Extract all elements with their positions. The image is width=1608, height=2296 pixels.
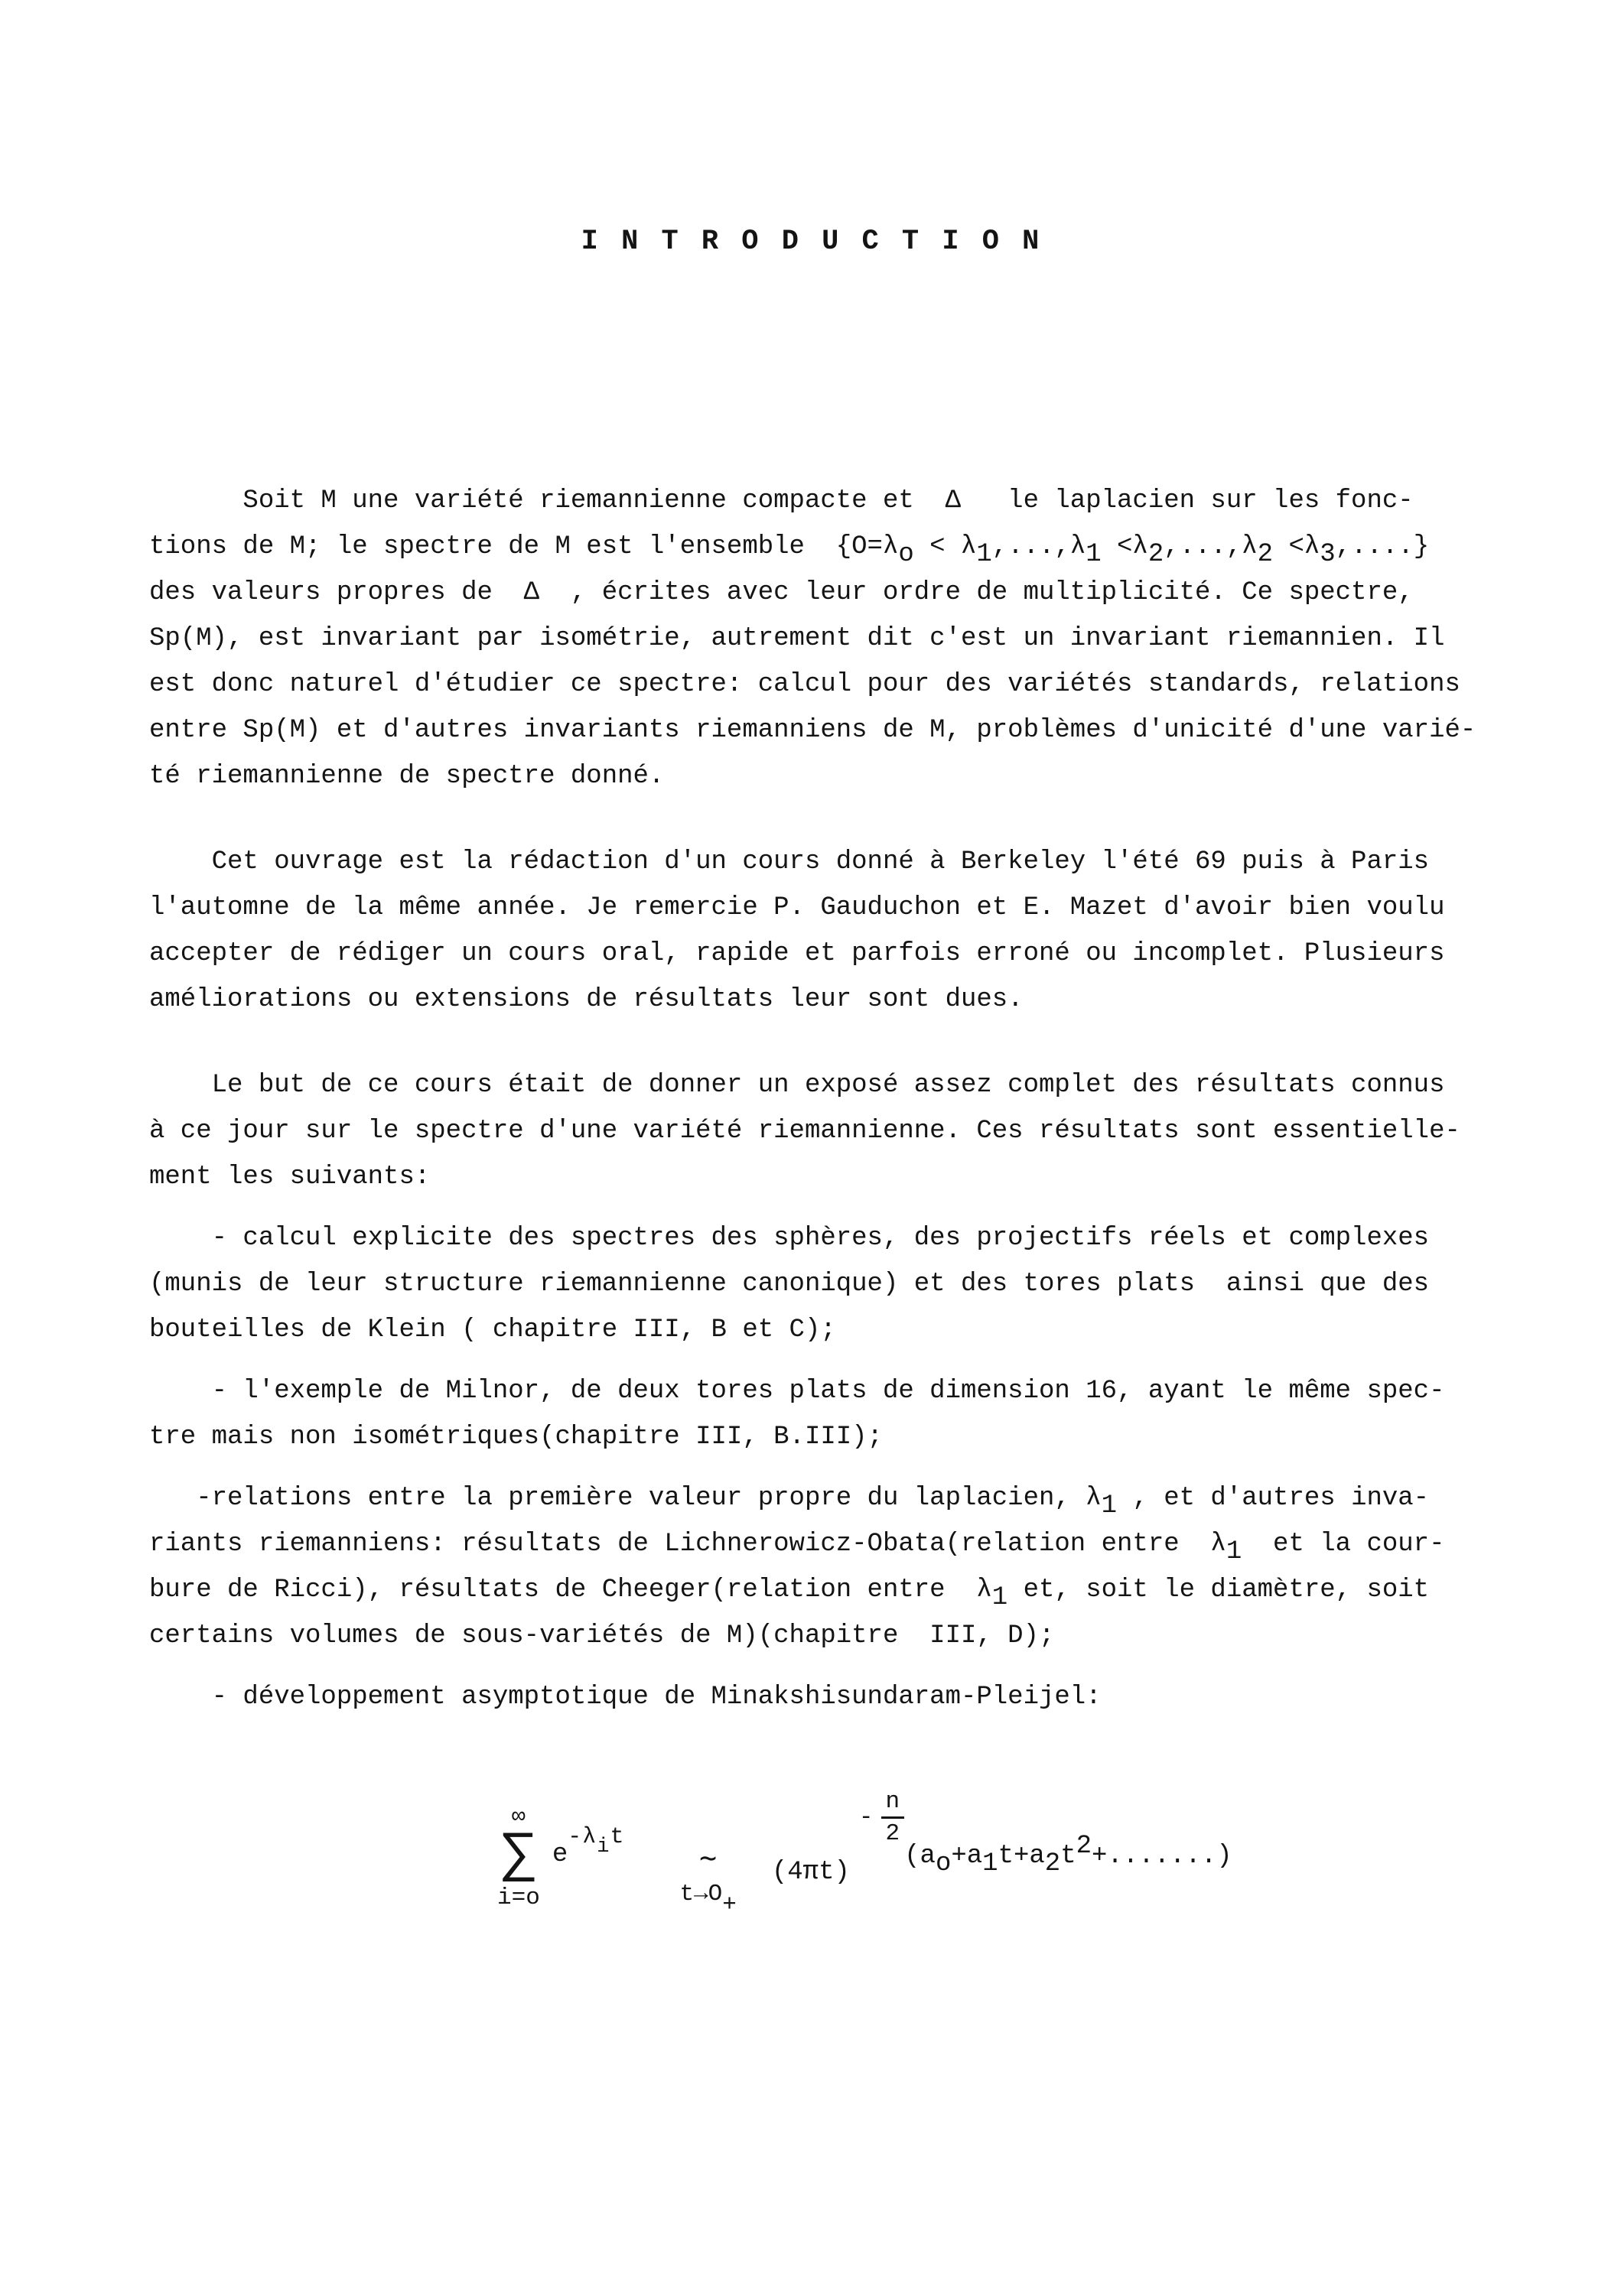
- text-line: Cet ouvrage est la rédaction d'un cours …: [149, 839, 1474, 885]
- text-line: accepter de rédiger un cours oral, rapid…: [149, 931, 1474, 977]
- sum-lower-limit: i=o: [497, 1886, 540, 1910]
- text-line: bouteilles de Klein ( chapitre III, B et…: [149, 1307, 1474, 1353]
- asymptotic-equivalence: ∼ t→O+: [679, 1849, 736, 1905]
- text-line: Soit M une variété riemannienne compacte…: [149, 478, 1474, 524]
- text-line-spectrum-set: tions de M; le spectre de M est l'ensemb…: [149, 524, 1474, 570]
- summation-block: ∞ ∑ i=o: [497, 1806, 540, 1910]
- text-line: riants riemanniens: résultats de Lichner…: [149, 1521, 1474, 1567]
- text-line: - l'exemple de Milnor, de deux tores pla…: [149, 1368, 1474, 1414]
- limit-t-to-zero: t→O: [679, 1881, 722, 1907]
- lambda-index: i: [597, 1836, 610, 1859]
- e-base: e: [552, 1840, 568, 1869]
- fraction-numerator: n: [881, 1790, 905, 1816]
- text-line: (munis de leur structure riemannienne ca…: [149, 1261, 1474, 1307]
- text-line: est donc naturel d'étudier ce spectre: c…: [149, 662, 1474, 707]
- text-line: certains volumes de sous-variétés de M)(…: [149, 1613, 1474, 1659]
- text-line: Le but de ce cours était de donner un ex…: [149, 1062, 1474, 1108]
- text-line: Sp(M), est invariant par isométrie, autr…: [149, 616, 1474, 662]
- text-line: té riemannienne de spectre donné.: [149, 753, 1474, 799]
- tilde-symbol: ∼: [699, 1849, 717, 1872]
- text-line: -relations entre la première valeur prop…: [149, 1475, 1474, 1521]
- limit-annotation: t→O+: [679, 1882, 736, 1906]
- text-line: - calcul explicite des spectres des sphè…: [149, 1215, 1474, 1261]
- limit-plus-subscript: +: [722, 1891, 737, 1918]
- text-line: tre mais non isométriques(chapitre III, …: [149, 1414, 1474, 1460]
- fraction-denominator: 2: [881, 1816, 905, 1846]
- e-exponent: -λit: [568, 1824, 624, 1850]
- sigma-symbol: ∑: [502, 1830, 535, 1880]
- paragraph-goal: Le but de ce cours était de donner un ex…: [149, 1062, 1474, 1200]
- scanned-document-page: I N T R O D U C T I O N Soit M une varié…: [0, 0, 1608, 2296]
- text-line: à ce jour sur le spectre d'une variété r…: [149, 1108, 1474, 1154]
- text-line: des valeurs propres de Δ , écrites avec …: [149, 570, 1474, 616]
- minakshisundaram-pleijel-formula: ∞ ∑ i=o e-λit ∼ t→O+ (4πt) - n 2 (ao+a1t…: [497, 1806, 1474, 1910]
- four-pi-t: (4πt): [772, 1859, 850, 1885]
- paragraph-acknowledgement: Cet ouvrage est la rédaction d'un cours …: [149, 839, 1474, 1023]
- exponent-minus-sign: -: [859, 1806, 874, 1829]
- bullet-asymptotic-expansion: - développement asymptotique de Minakshi…: [149, 1674, 1474, 1720]
- n-over-2-fraction: n 2: [881, 1790, 905, 1846]
- exponential-term: e-λit: [552, 1842, 625, 1868]
- page-title: I N T R O D U C T I O N: [149, 226, 1474, 258]
- power-exponent: - n 2: [859, 1790, 904, 1846]
- polynomial-series: (ao+a1t+a2t2+.......): [904, 1843, 1232, 1869]
- exponent-t: t: [610, 1824, 624, 1850]
- exponent-lambda: -λ: [568, 1824, 597, 1850]
- text-line: - développement asymptotique de Minakshi…: [149, 1674, 1474, 1720]
- text-line: entre Sp(M) et d'autres invariants riema…: [149, 707, 1474, 753]
- text-line: bure de Ricci), résultats de Cheeger(rel…: [149, 1567, 1474, 1613]
- power-term: (4πt) - n 2: [772, 1829, 904, 1885]
- bullet-milnor-example: - l'exemple de Milnor, de deux tores pla…: [149, 1368, 1474, 1460]
- bullet-explicit-spectra: - calcul explicite des spectres des sphè…: [149, 1215, 1474, 1353]
- bullet-first-eigenvalue: -relations entre la première valeur prop…: [149, 1475, 1474, 1659]
- text-line: l'automne de la même année. Je remercie …: [149, 885, 1474, 931]
- text-line: améliorations ou extensions de résultats…: [149, 977, 1474, 1023]
- paragraph-intro: Soit M une variété riemannienne compacte…: [149, 478, 1474, 799]
- text-line: ment les suivants:: [149, 1154, 1474, 1200]
